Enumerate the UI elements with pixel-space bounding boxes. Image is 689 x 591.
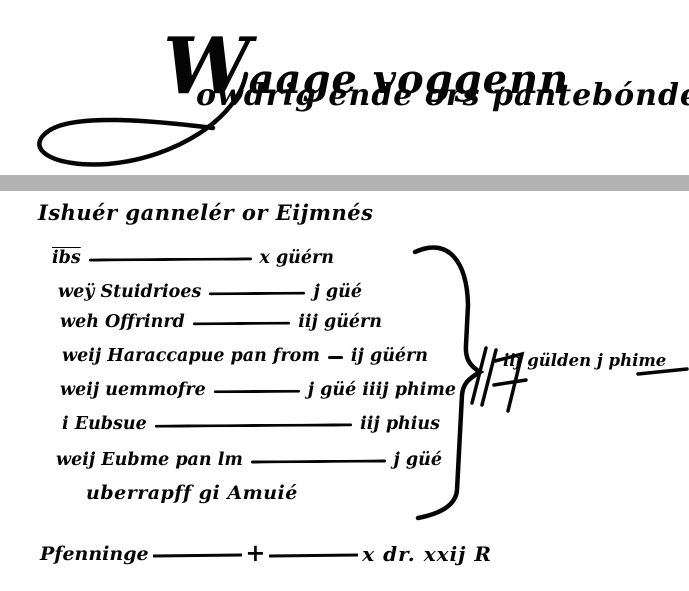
leader-line bbox=[209, 291, 305, 295]
leader-line bbox=[251, 459, 386, 463]
entry-value: x güérn bbox=[259, 248, 334, 268]
entry-value: j güé bbox=[313, 282, 362, 302]
ledger-header: Ishuér gannelér or Eijmnés bbox=[38, 200, 373, 225]
leader-line bbox=[155, 423, 352, 427]
ledger-row: ibs x güérn bbox=[52, 248, 334, 268]
brace-total: iij gülden j phime bbox=[503, 351, 666, 370]
ledger-row: weij uemmofre j güé iiij phime bbox=[60, 380, 456, 400]
manuscript-page: Waage voggenn owdrig ende ors pantebónde… bbox=[0, 0, 689, 591]
footer-label: Pfenninge bbox=[40, 543, 149, 565]
leader-line bbox=[153, 553, 242, 557]
entry-label: ibs bbox=[52, 248, 81, 268]
ledger-row: weh Offrinrd iij güérn bbox=[60, 312, 382, 332]
ledger-row: weij Haraccapue pan from ij güérn bbox=[62, 346, 428, 366]
footer-value: x dr. xxij R bbox=[362, 542, 492, 566]
ledger-row: weij Eubme pan lm j güé bbox=[56, 450, 442, 470]
footer-row: Pfenninge + x dr. xxij R bbox=[40, 542, 492, 566]
leader-line bbox=[328, 355, 343, 358]
leader-line bbox=[193, 321, 290, 325]
entry-value: iij güérn bbox=[298, 312, 382, 332]
ledger-row: i Eubsue iij phius bbox=[62, 414, 440, 434]
divider-bar bbox=[0, 175, 689, 191]
entry-label: i Eubsue bbox=[62, 414, 147, 434]
entry-label: weij Eubme pan lm bbox=[56, 450, 243, 470]
entry-label: weh Offrinrd bbox=[60, 312, 185, 332]
entry-label: weij uemmofre bbox=[60, 380, 206, 400]
entry-label: weÿ Stuidrioes bbox=[58, 282, 201, 302]
margin-note: uberrapff gi Amuié bbox=[86, 482, 298, 504]
curly-brace bbox=[400, 233, 689, 533]
leader-line bbox=[214, 389, 300, 393]
ledger-row: weÿ Stuidrioes j güé bbox=[58, 282, 362, 302]
leader-line bbox=[269, 553, 358, 557]
calligraphic-flourish bbox=[8, 66, 278, 176]
leader-line bbox=[89, 257, 252, 261]
entry-label: weij Haraccapue pan from bbox=[62, 346, 320, 366]
